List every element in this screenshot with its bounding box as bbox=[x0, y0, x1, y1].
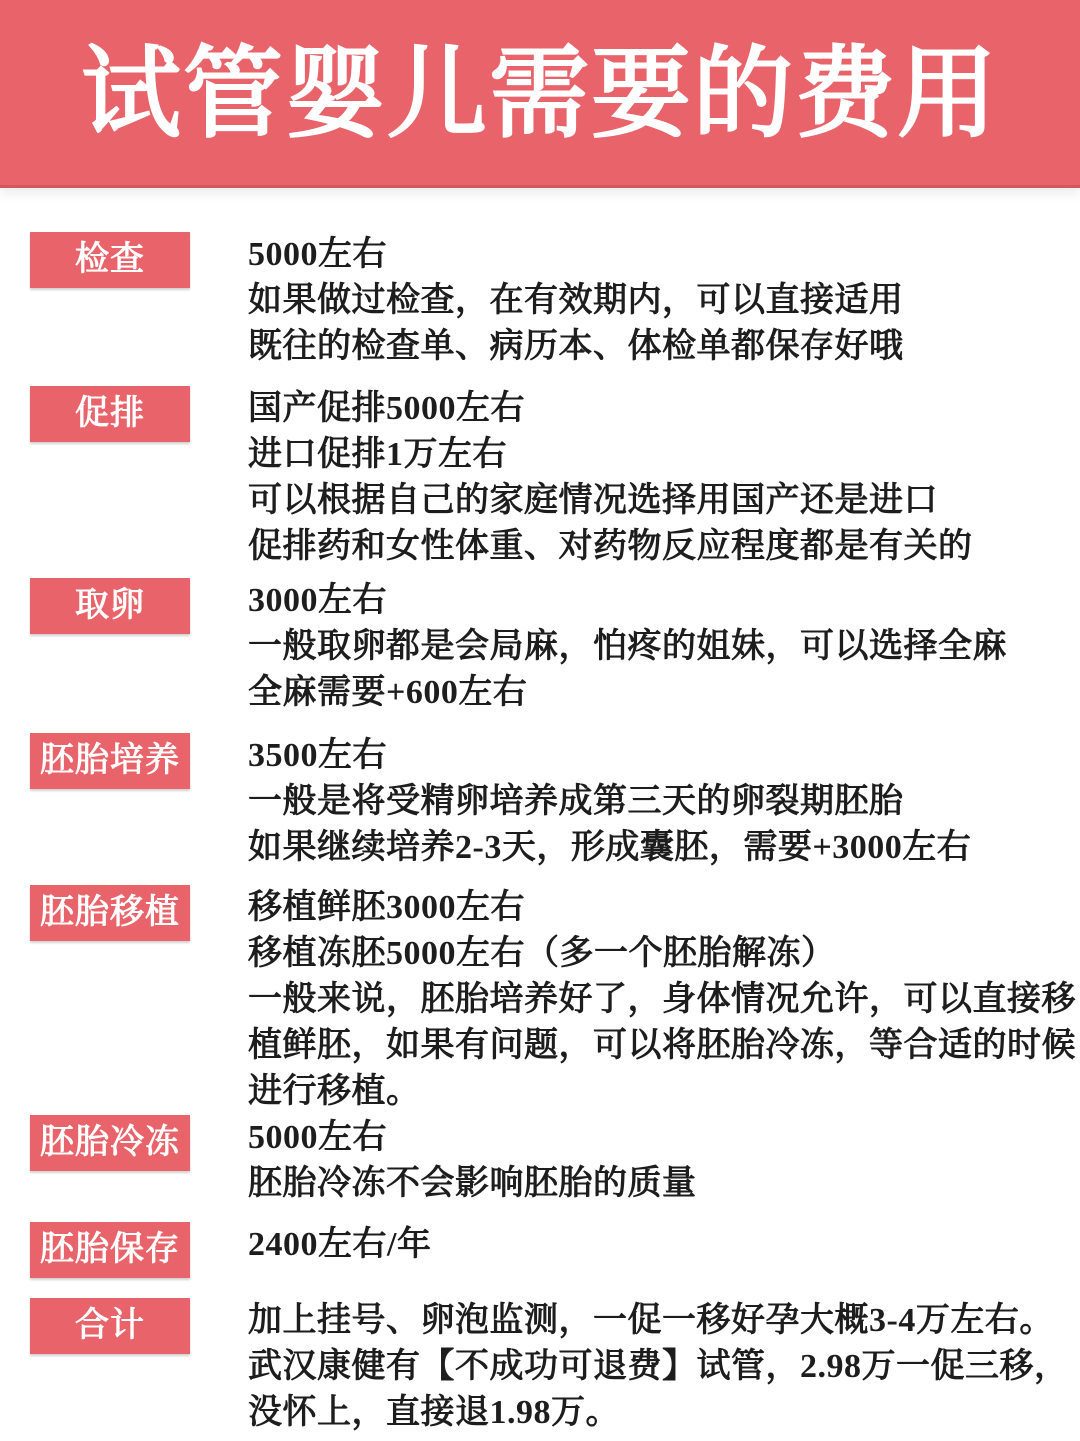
section-text-line: 进口促排1万左右 bbox=[248, 432, 1052, 478]
section-text-line: 全麻需要+600左右 bbox=[248, 670, 1052, 716]
section-lines: 5000左右如果做过检查，在有效期内，可以直接适用既往的检查单、病历本、体检单都… bbox=[248, 232, 1052, 370]
section-text-line: 如果做过检查，在有效期内，可以直接适用 bbox=[248, 278, 1052, 324]
cost-section: 胚胎保存 2400左右/年 bbox=[30, 1222, 1052, 1278]
cost-section: 合计 加上挂号、卵泡监测，一促一移好孕大概3-4万左右。武汉康健有【不成功可退费… bbox=[30, 1298, 1052, 1436]
section-text-line: 促排药和女性体重、对药物反应程度都是有关的 bbox=[248, 524, 1052, 570]
section-lines: 3000左右一般取卵都是会局麻，怕疼的姐妹，可以选择全麻全麻需要+600左右 bbox=[248, 578, 1052, 716]
section-label: 取卵 bbox=[75, 589, 145, 623]
section-text-line: 武汉康健有【不成功可退费】试管，2.98万一促三移， bbox=[248, 1344, 1069, 1390]
infographic-page: 试管婴儿需要的费用 检查 5000左右如果做过检查，在有效期内，可以直接适用既往… bbox=[0, 0, 1080, 1441]
section-text-line: 可以根据自己的家庭情况选择用国产还是进口 bbox=[248, 478, 1052, 524]
section-label-badge: 胚胎保存 bbox=[30, 1222, 190, 1278]
section-label: 胚胎培养 bbox=[40, 744, 180, 778]
section-text-line: 一般是将受精卵培养成第三天的卵裂期胚胎 bbox=[248, 779, 1052, 825]
section-lines: 加上挂号、卵泡监测，一促一移好孕大概3-4万左右。武汉康健有【不成功可退费】试管… bbox=[248, 1298, 1069, 1436]
section-label: 促排 bbox=[75, 397, 145, 431]
section-label: 检查 bbox=[75, 243, 145, 277]
section-text-line: 5000左右 bbox=[248, 1115, 1052, 1161]
section-text-line: 一般来说，胚胎培养好了，身体情况允许，可以直接移 bbox=[248, 977, 1076, 1023]
section-text-line: 3500左右 bbox=[248, 733, 1052, 779]
section-label-badge: 胚胎移植 bbox=[30, 885, 190, 941]
section-label-badge: 取卵 bbox=[30, 578, 190, 634]
section-label: 胚胎冷冻 bbox=[40, 1126, 180, 1160]
cost-section: 促排 国产促排5000左右进口促排1万左右可以根据自己的家庭情况选择用国产还是进… bbox=[30, 386, 1052, 570]
cost-section: 检查 5000左右如果做过检查，在有效期内，可以直接适用既往的检查单、病历本、体… bbox=[30, 232, 1052, 370]
section-text-line: 如果继续培养2-3天，形成囊胚，需要+3000左右 bbox=[248, 825, 1052, 871]
section-lines: 5000左右胚胎冷冻不会影响胚胎的质量 bbox=[248, 1115, 1052, 1207]
cost-section: 取卵 3000左右一般取卵都是会局麻，怕疼的姐妹，可以选择全麻全麻需要+600左… bbox=[30, 578, 1052, 716]
section-lines: 国产促排5000左右进口促排1万左右可以根据自己的家庭情况选择用国产还是进口促排… bbox=[248, 386, 1052, 570]
section-text-line: 进行移植。 bbox=[248, 1069, 1076, 1115]
section-label-badge: 合计 bbox=[30, 1298, 190, 1354]
section-label: 胚胎移植 bbox=[40, 896, 180, 930]
section-text-line: 没怀上，直接退1.98万。 bbox=[248, 1390, 1069, 1436]
section-label-badge: 胚胎培养 bbox=[30, 733, 190, 789]
section-label-badge: 检查 bbox=[30, 232, 190, 288]
section-lines: 移植鲜胚3000左右移植冻胚5000左右（多一个胚胎解冻）一般来说，胚胎培养好了… bbox=[248, 885, 1076, 1115]
section-text-line: 移植冻胚5000左右（多一个胚胎解冻） bbox=[248, 931, 1076, 977]
section-text-line: 一般取卵都是会局麻，怕疼的姐妹，可以选择全麻 bbox=[248, 624, 1052, 670]
section-label: 合计 bbox=[75, 1309, 145, 1343]
section-text-line: 加上挂号、卵泡监测，一促一移好孕大概3-4万左右。 bbox=[248, 1298, 1069, 1344]
section-text-line: 5000左右 bbox=[248, 232, 1052, 278]
section-text-line: 既往的检查单、病历本、体检单都保存好哦 bbox=[248, 324, 1052, 370]
section-text-line: 移植鲜胚3000左右 bbox=[248, 885, 1076, 931]
section-text-line: 胚胎冷冻不会影响胚胎的质量 bbox=[248, 1161, 1052, 1207]
section-label: 胚胎保存 bbox=[40, 1233, 180, 1267]
page-header: 试管婴儿需要的费用 bbox=[0, 0, 1080, 188]
section-text-line: 植鲜胚，如果有问题，可以将胚胎冷冻，等合适的时候 bbox=[248, 1023, 1076, 1069]
section-lines: 3500左右一般是将受精卵培养成第三天的卵裂期胚胎如果继续培养2-3天，形成囊胚… bbox=[248, 733, 1052, 871]
section-label-badge: 胚胎冷冻 bbox=[30, 1115, 190, 1171]
section-text-line: 国产促排5000左右 bbox=[248, 386, 1052, 432]
cost-section: 胚胎移植 移植鲜胚3000左右移植冻胚5000左右（多一个胚胎解冻）一般来说，胚… bbox=[30, 885, 1052, 1115]
section-text-line: 3000左右 bbox=[248, 578, 1052, 624]
page-title: 试管婴儿需要的费用 bbox=[81, 41, 999, 145]
section-label-badge: 促排 bbox=[30, 386, 190, 442]
cost-section: 胚胎培养 3500左右一般是将受精卵培养成第三天的卵裂期胚胎如果继续培养2-3天… bbox=[30, 733, 1052, 871]
section-lines: 2400左右/年 bbox=[248, 1222, 1052, 1278]
cost-section: 胚胎冷冻 5000左右胚胎冷冻不会影响胚胎的质量 bbox=[30, 1115, 1052, 1207]
sections-list: 检查 5000左右如果做过检查，在有效期内，可以直接适用既往的检查单、病历本、体… bbox=[0, 188, 1080, 1436]
section-text-line: 2400左右/年 bbox=[248, 1222, 1052, 1268]
